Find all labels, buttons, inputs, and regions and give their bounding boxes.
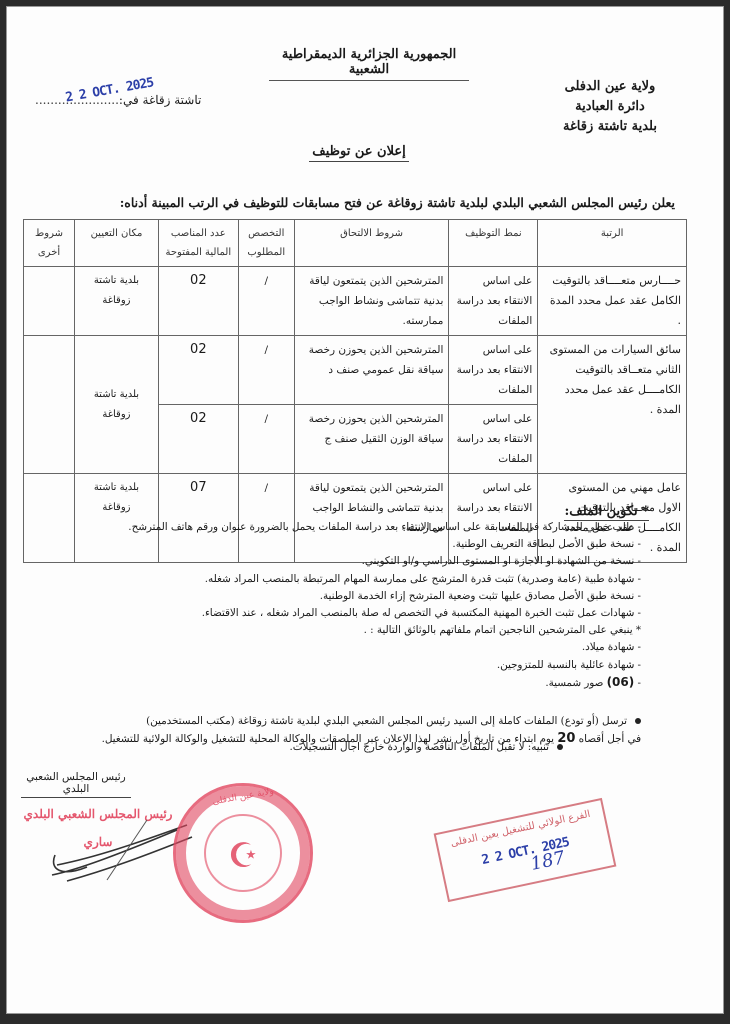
cell-specialty: /: [238, 336, 294, 405]
document-item: - شهادات عمل تثبت الخبرة المهنية المكتسب…: [41, 605, 641, 622]
header-other: شروط أخرى: [24, 220, 75, 267]
reception-stamp: الفرع الولائي للتشغيل بعين الدفلى 2 2 OC…: [434, 798, 617, 902]
document-page: الجمهورية الجزائرية الديمقراطية الشعبية …: [6, 6, 724, 1014]
document-item: - شهادة ميلاد.: [41, 639, 641, 656]
crescent-star-icon: ☪: [228, 836, 258, 876]
header-place: مكان التعيين: [75, 220, 159, 267]
header-specialty: التخصص المطلوب: [238, 220, 294, 267]
bullet-icon: [635, 718, 641, 724]
table-row: حــــارس متعــــاقد بالتوقيت الكامل عقد …: [24, 267, 687, 336]
document-item: - نسخة طبق الأصل مصادق عليها تثبت وضعية …: [41, 588, 641, 605]
cell-place: بلدية تاشتة زوقاغة: [75, 267, 159, 336]
intro-paragraph: يعلن رئيس المجلس الشعبي البلدي لبلدية تا…: [67, 195, 675, 210]
header-posts: عدد المناصب المالية المفتوحة: [158, 220, 238, 267]
cell-mode: على اساس الانتقاء بعد دراسة الملفات: [449, 405, 538, 474]
document-item: - طلب خطي للمشاركة في المسابقة على اساس …: [41, 519, 641, 536]
republic-heading: الجمهورية الجزائرية الديمقراطية الشعبية: [269, 47, 469, 81]
warning-note: تنبيه: لا تقبل الملفات الناقصة والواردة …: [63, 741, 563, 753]
document-item: * ينبغي على المترشحين الناجحين اتمام ملف…: [41, 622, 641, 639]
document-item: - شهادة طبية (عامة وصدرية) تثبت قدرة الم…: [41, 571, 641, 588]
document-item: - نسخة طبق الأصل لبطاقة التعريف الوطنية.: [41, 536, 641, 553]
cell-specialty: /: [238, 267, 294, 336]
signatory-title: رئيس المجلس الشعبي البلدي: [21, 771, 131, 798]
administrative-header: ولاية عين الدفلى دائرة العبادية بلدية تا…: [515, 77, 705, 137]
commune-label: بلدية تاشتة زقاغة: [515, 117, 705, 137]
cell-posts: 02: [158, 336, 238, 405]
official-round-stamp: ولاية عين الدفلى ☪: [173, 783, 313, 923]
place-date-line: ......................تاشتة زقاغة في: 2 …: [35, 93, 295, 107]
cell-posts: 02: [158, 405, 238, 474]
photos-count: (06): [607, 675, 635, 689]
cell-mode: على اساس الانتقاء بعد دراسة الملفات: [449, 336, 538, 405]
document-item: - شهادة عائلية بالنسبة للمتزوجين.: [41, 657, 641, 674]
table-row: سائق السيارات من المستوى الثاني متعــاقد…: [24, 336, 687, 405]
page-title: إعلان عن توظيف: [309, 144, 409, 162]
place-date-label: تاشتة زقاغة في:: [119, 93, 201, 107]
cell-conditions: المترشحين الذين يحوزن رخصة سياقة نقل عمو…: [294, 336, 449, 405]
header-rank: الرتبة: [538, 220, 687, 267]
cell-rank: حــــارس متعــــاقد بالتوقيت الكامل عقد …: [538, 267, 687, 336]
cell-conditions: المترشحين الذين يتمتعون لياقة بدنية تتما…: [294, 267, 449, 336]
cell-specialty: /: [238, 405, 294, 474]
daira-label: دائرة العبادية: [515, 97, 705, 117]
bullet-icon: [557, 744, 563, 750]
cell-other: [24, 267, 75, 336]
cell-rank: سائق السيارات من المستوى الثاني متعــاقد…: [538, 336, 687, 474]
cell-posts: 02: [158, 267, 238, 336]
cell-place: بلدية تاشتة زوقاغة: [75, 336, 159, 474]
cell-mode: على اساس الانتقاء بعد دراسة الملفات: [449, 267, 538, 336]
round-stamp-text: ولاية عين الدفلى: [212, 787, 275, 808]
table-header-row: الرتبة نمط التوظيف شروط الالتحاق التخصص …: [24, 220, 687, 267]
submission-line-1: ترسل (أو تودع) الملفات كاملة إلى السيد ر…: [1, 713, 641, 730]
document-item-photos: - (06) صور شمسية.: [41, 674, 641, 692]
header-mode: نمط التوظيف: [449, 220, 538, 267]
cell-other: [24, 336, 75, 474]
document-item: - نسخة من الشهادة او الاجازة او المستوى …: [41, 553, 641, 570]
cell-conditions: المترشحين الذين يحوزن رخصة سياقة الوزن ا…: [294, 405, 449, 474]
required-documents-list: - طلب خطي للمشاركة في المسابقة على اساس …: [41, 519, 641, 692]
wilaya-label: ولاية عين الدفلى: [515, 77, 705, 97]
header-conditions: شروط الالتحاق: [294, 220, 449, 267]
